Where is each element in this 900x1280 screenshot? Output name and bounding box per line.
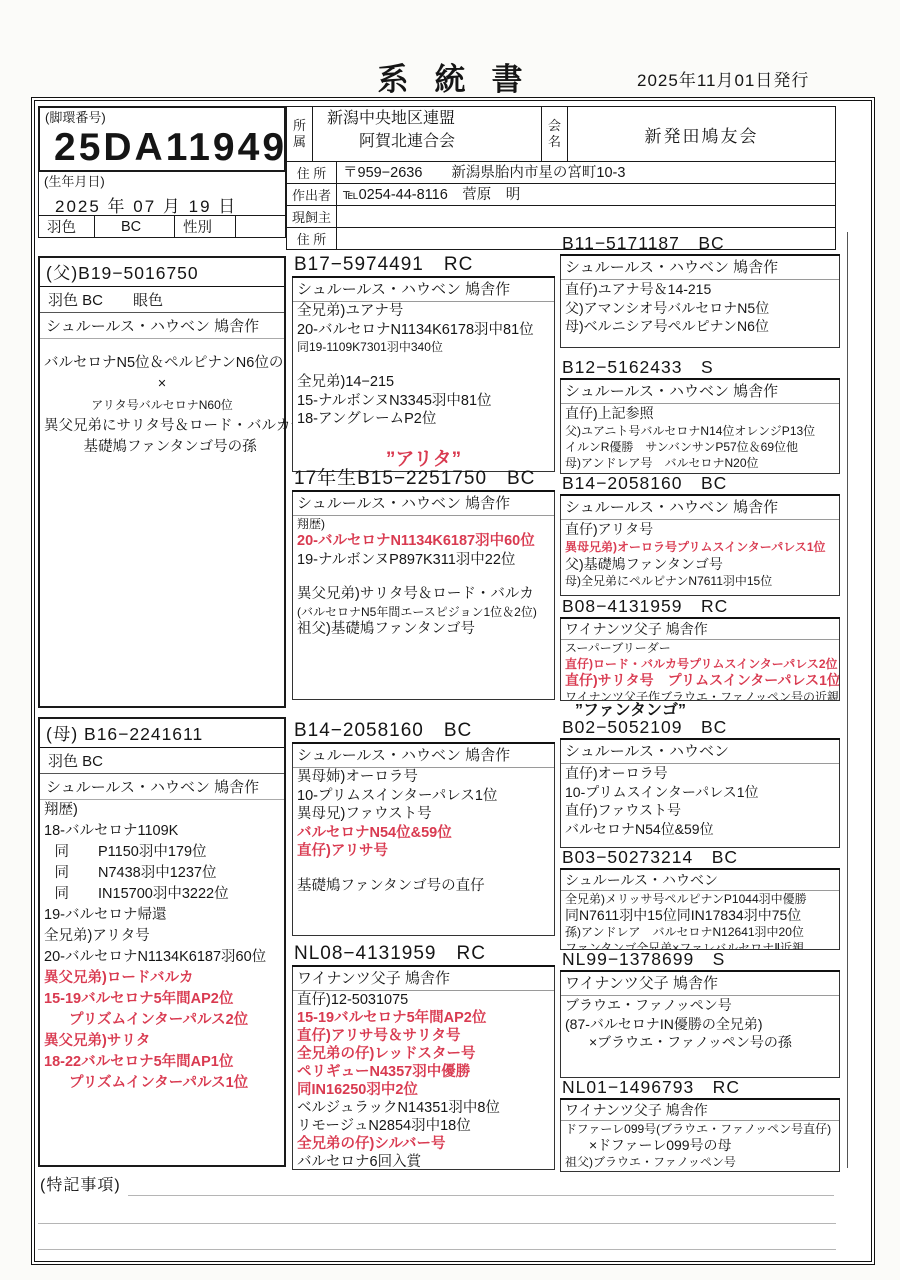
lines: 直仔)上記参照父)ユアニト号バルセロナN14位オレンジP13位イルンR優勝 サン… [561, 404, 839, 471]
pedigree-line: 20-バルセロナN1134K6187羽60位 [40, 947, 284, 968]
pedigree-line: 同IN16250羽中2位 [293, 1081, 554, 1099]
feather-color-label: 羽色 [38, 215, 95, 238]
lines: 直仔)アリタ号異母兄弟)オーロラ号プリムスインターパレス1位父)基礎鳩ファンタン… [561, 520, 839, 589]
pedigree-line: 同 IN15700羽中3222位 [40, 884, 284, 905]
pedigree-line: 父)アマンシオ号バルセロナN5位 [561, 299, 839, 318]
pedigree-line: 翔歴) [293, 516, 554, 532]
address-value: 〒959−2636 新潟県胎内市星の宮町10-3 [336, 161, 836, 184]
lines: 全兄弟)ユアナ号20-バルセロナN1134K6178羽中81位同19-1109K… [293, 302, 554, 429]
ring-number: (母) B16−2241611 [40, 719, 284, 748]
breeder-name: シュルールス・ハウベン [561, 741, 839, 764]
pedigree-line: 翔歴) [40, 800, 284, 821]
affiliation-line2: 阿賀北連合会 [313, 131, 541, 153]
sex-label: 性別 [174, 215, 236, 238]
affiliation-label-2: 属 [293, 134, 306, 150]
pedigree-line: 18-バルセロナ1109K [40, 821, 284, 842]
pedigree-line: ブラウエ・ファノッペン号 [561, 996, 839, 1015]
pedigree-line: 祖父)基礎鳩ファンタンゴ号 [293, 620, 554, 639]
breeder-name: ワイナンツ父子 鳩舎作 [561, 1101, 839, 1121]
block-ffm: B12−5162433 S シュルールス・ハウベン 鳩舎作 直仔)上記参照父)ユ… [560, 358, 840, 474]
affiliation-label-1: 所 [293, 118, 306, 134]
ring-number: B14−2058160 BC [292, 720, 555, 744]
pedigree-line: スーパーブリーダー [561, 640, 839, 656]
ring-number: NL01−1496793 RC [560, 1078, 840, 1100]
creator-label: 作出者 [286, 183, 337, 206]
club-label-1: 会 [548, 118, 561, 134]
pedigree-line: バルセロナ6回入賞 [293, 1153, 554, 1170]
ring-number: B02−5052109 BC [560, 718, 840, 740]
pedigree-line: ×ブラウエ・ファノッペン号の孫 [561, 1033, 839, 1052]
pedigree-line: 直仔)ユアナ号＆14-215 [561, 280, 839, 299]
pedigree-line: 孫)アンドレア バルセロナN12641羽中20位 [561, 924, 839, 940]
block-mmf: NL99−1378699 S ワイナンツ父子 鳩舎作 ブラウエ・ファノッペン号(… [560, 950, 840, 1078]
block-mother-father: B14−2058160 BC シュルールス・ハウベン 鳩舎作 異母姉)オーロラ号… [292, 720, 555, 936]
notes-line [38, 1249, 836, 1250]
pedigree-line: 祖父)ブラウエ・ファノッペン号 [561, 1154, 839, 1170]
ring-number-value: 25DA11949 [40, 127, 284, 169]
feather-color-value: BC [94, 215, 175, 238]
ring-number: B03−50273214 BC [560, 848, 840, 870]
pedigree-line: 全兄弟)ユアナ号 [293, 302, 554, 321]
pedigree-line: バルセロナN5位＆ペルピナンN6位の [40, 353, 284, 374]
pedigree-line: アリタ号バルセロナN60位 [40, 395, 284, 416]
nickname-arita: ”アリタ” [292, 444, 555, 471]
pedigree-line: バルセロナN54位&59位 [293, 824, 554, 843]
lines: 直仔)12-503107515-19バルセロナ5年間AP2位直仔)アリサ号＆サリ… [293, 991, 554, 1170]
lines: 異母姉)オーロラ号10-プリムスインターパレス1位異母兄)ファウスト号バルセロナ… [293, 768, 554, 895]
birth-date-value: 2025 年 07 月 19 日 [39, 191, 285, 216]
birth-date-label: (生年月日) [39, 172, 285, 191]
pedigree-line: 同N7611羽中15位同IN17834羽中75位 [561, 907, 839, 924]
pedigree-line: 直仔)アリサ号 [293, 842, 554, 861]
ring-number: B14−2058160 BC [560, 474, 840, 496]
pedigree-line: 20-バルセロナN1134K6187羽中60位 [293, 532, 554, 551]
breeder-name: シュルールス・ハウベン 鳩舎作 [293, 745, 554, 768]
club-name: 新発田鳩友会 [567, 106, 836, 162]
pedigree-line: 異父兄弟にサリタ号＆ロード・バルカ号 [40, 416, 284, 437]
ring-number: NL08−4131959 RC [292, 943, 555, 967]
pedigree-line: 異父兄弟)サリタ [40, 1031, 284, 1052]
ring-number: B17−5974491 RC [292, 254, 555, 278]
pedigree-line: 直仔)サリタ号 プリムスインターパレス1位 [561, 672, 839, 689]
breeder-name: シュルールス・ハウベン 鳩舎作 [40, 774, 284, 800]
pedigree-line: 母)ベルニシア号ペルピナンN6位 [561, 317, 839, 336]
lines: ブラウエ・ファノッペン号(87-バルセロナIN優勝の全兄弟)×ブラウエ・ファノッ… [561, 996, 839, 1052]
ring-number: NL99−1378699 S [560, 950, 840, 972]
pedigree-line: (87-バルセロナIN優勝の全兄弟) [561, 1015, 839, 1034]
breeder-name: シュルールス・ハウベン 鳩舎作 [293, 279, 554, 302]
pedigree-line: 19-ナルボンヌP897K311羽中22位 [293, 551, 554, 570]
ring-number: B08−4131959 RC [560, 597, 840, 619]
owner-value [336, 205, 836, 228]
breeder-name: ワイナンツ父子 鳩舎作 [293, 968, 554, 991]
lines: 翔歴)18-バルセロナ1109K同 P1150羽中179位同 N7438羽中12… [40, 800, 284, 1094]
pedigree-line: 全兄弟の仔)シルバー号 [293, 1135, 554, 1153]
creator-value: ℡0254-44-8116 菅原 明 [336, 183, 836, 206]
lines: バルセロナN5位＆ペルピナンN6位の×アリタ号バルセロナN60位異父兄弟にサリタ… [40, 339, 284, 458]
issue-date: 2025年11月01日発行 [637, 66, 809, 91]
breeder-name: シュルールス・ハウベン 鳩舎作 [561, 257, 839, 280]
pedigree-line: ドファーレ099号(ブラウエ・ファノッペン号直仔) [561, 1121, 839, 1137]
pedigree-line: プリズムインターパルス1位 [40, 1073, 284, 1094]
breeder-name: ワイナンツ父子 鳩舎作 [561, 973, 839, 996]
pedigree-line: 異父兄弟)サリタ号＆ロード・バルカ [293, 585, 554, 604]
lines: ドファーレ099号(ブラウエ・ファノッペン号直仔)×ドファーレ099号の母祖父)… [561, 1121, 839, 1172]
pedigree-line: (バルセロナN5年間エースピジョン1位＆2位) [293, 604, 554, 620]
pedigree-line: 19-バルセロナ帰還 [40, 905, 284, 926]
pedigree-line: プリズムインターパルス2位 [40, 1010, 284, 1031]
block-mmm: NL01−1496793 RC ワイナンツ父子 鳩舎作 ドファーレ099号(ブラ… [560, 1078, 840, 1172]
block-father-mother: 17年生B15−2251750 BC シュルールス・ハウベン 鳩舎作 翔歴)20… [292, 468, 555, 700]
right-margin-line [847, 232, 848, 1168]
pedigree-line: 直仔)オーロラ号 [561, 764, 839, 783]
pedigree-line: 直仔)アリサ号＆サリタ号 [293, 1027, 554, 1045]
pedigree-line: 20-バルセロナN1134K6178羽中81位 [293, 321, 554, 340]
pedigree-line: ベルジュラックN14351羽中8位 [293, 1099, 554, 1117]
ring-number: B12−5162433 S [560, 358, 840, 380]
sex-value [235, 215, 286, 238]
notes-line [128, 1195, 834, 1196]
pedigree-line: 10-プリムスインターパレス1位 [293, 787, 554, 806]
block-father-father: B17−5974491 RC シュルールス・ハウベン 鳩舎作 全兄弟)ユアナ号2… [292, 254, 555, 472]
pedigree-line: 基礎鳩ファンタンゴ号の孫 [40, 437, 284, 458]
pedigree-line: 全兄弟)アリタ号 [40, 926, 284, 947]
pedigree-line: 直仔)ロード・バルカ号プリムスインターパレス2位 [561, 656, 839, 672]
ring-number: 17年生B15−2251750 BC [292, 468, 555, 492]
breeder-name: ワイナンツ父子 鳩舎作 [561, 620, 839, 640]
club-label: 会 名 [541, 106, 568, 162]
block-mother-mother: NL08−4131959 RC ワイナンツ父子 鳩舎作 直仔)12-503107… [292, 943, 555, 1170]
pedigree-line: 父)ユアニト号バルセロナN14位オレンジP13位 [561, 423, 839, 439]
lines: スーパーブリーダー直仔)ロード・バルカ号プリムスインターパレス2位直仔)サリタ号… [561, 640, 839, 701]
breeder-name: シュルールス・ハウベン [561, 871, 839, 891]
pedigree-line: 全兄弟の仔)レッドスター号 [293, 1045, 554, 1063]
pedigree-line: ×ドファーレ099号の母 [561, 1137, 839, 1154]
lines: 直仔)オーロラ号10-プリムスインターパレス1位直仔)ファウスト号バルセロナN5… [561, 764, 839, 838]
pedigree-line: 直仔)ファウスト号 [561, 801, 839, 820]
pedigree-line: 15-ナルボンヌN3345羽中81位 [293, 392, 554, 411]
pedigree-line: 18-22バルセロナ5年間AP1位 [40, 1052, 284, 1073]
pedigree-line: 直仔)アリタ号 [561, 520, 839, 539]
pedigree-line: 15-19バルセロナ5年間AP2位 [40, 989, 284, 1010]
affiliation-line1: 新潟中央地区連盟 [313, 107, 541, 131]
block-mother: (母) B16−2241611 羽色 BC シュルールス・ハウベン 鳩舎作 翔歴… [38, 717, 286, 1167]
block-father: (父)B19−5016750 羽色 BC 眼色 シュルールス・ハウベン 鳩舎作 … [38, 256, 286, 708]
breeder-name: シュルールス・ハウベン 鳩舎作 [293, 493, 554, 516]
feather-eye-row: 羽色 BC 眼色 [40, 287, 284, 313]
pedigree-line: 直仔)上記参照 [561, 404, 839, 423]
block-mff: B02−5052109 BC シュルールス・ハウベン 直仔)オーロラ号10-プリ… [560, 718, 840, 848]
pedigree-line: (87-バルセロナIN優勝の全兄弟) [561, 1170, 839, 1172]
notes-line [38, 1223, 836, 1224]
feather-row: 羽色 BC [40, 748, 284, 774]
pedigree-line: 同19-1109K7301羽中340位 [293, 339, 554, 355]
pedigree-line: 15-19バルセロナ5年間AP2位 [293, 1009, 554, 1027]
breeder-name: シュルールス・ハウベン 鳩舎作 [561, 497, 839, 520]
pedigree-line: 同 N7438羽中1237位 [40, 863, 284, 884]
pedigree-line: 異母兄)ファウスト号 [293, 805, 554, 824]
ring-number: B11−5171187 BC [560, 234, 840, 256]
lines: 直仔)ユアナ号＆14-215父)アマンシオ号バルセロナN5位母)ベルニシア号ペル… [561, 280, 839, 336]
pedigree-line: × [40, 374, 284, 395]
breeder-name: シュルールス・ハウベン 鳩舎作 [561, 381, 839, 404]
birth-date-box: (生年月日) 2025 年 07 月 19 日 [38, 171, 286, 216]
ring-number: (父)B19−5016750 [40, 258, 284, 287]
pedigree-line: 同 P1150羽中179位 [40, 842, 284, 863]
pedigree-line: 全兄弟)14−215 [293, 373, 554, 392]
club-label-2: 名 [548, 134, 561, 150]
owner-label: 現飼主 [286, 205, 337, 228]
breeder-name: シュルールス・ハウベン 鳩舎作 [40, 313, 284, 339]
pedigree-line: 基礎鳩ファンタンゴ号の直仔 [293, 877, 554, 896]
affiliation-label: 所 属 [286, 106, 313, 162]
pedigree-line: 異母姉)オーロラ号 [293, 768, 554, 787]
block-fmf: B14−2058160 BC シュルールス・ハウベン 鳩舎作 直仔)アリタ号異母… [560, 474, 840, 596]
lines: 全兄弟)メリッサ号ペルピナンP1044羽中優勝同N7611羽中15位同IN178… [561, 891, 839, 950]
pedigree-line: 母)アンドレア号 バルセロナN20位 [561, 455, 839, 471]
pedigree-line: 異父兄弟)ロードバルカ [40, 968, 284, 989]
pedigree-line: 全兄弟)メリッサ号ペルピナンP1044羽中優勝 [561, 891, 839, 907]
pedigree-line: イルンR優勝 サンバンサンP57位＆69位他 [561, 439, 839, 455]
notes-label: (特記事項) [40, 1172, 121, 1195]
ring-number-label: (脚環番号) [40, 108, 284, 127]
pedigree-line: 異母兄弟)オーロラ号プリムスインターパレス1位 [561, 539, 839, 555]
block-fff: B11−5171187 BC シュルールス・ハウベン 鳩舎作 直仔)ユアナ号＆1… [560, 234, 840, 348]
affiliation-value: 新潟中央地区連盟 阿賀北連合会 [312, 106, 542, 162]
lines: 翔歴)20-バルセロナN1134K6187羽中60位19-ナルボンヌP897K3… [293, 516, 554, 638]
block-mfm: B03−50273214 BC シュルールス・ハウベン 全兄弟)メリッサ号ペルピ… [560, 848, 840, 950]
pedigree-line: 18-アングレームP2位 [293, 410, 554, 429]
address-label: 住 所 [286, 161, 337, 184]
pedigree-line: ペリギューN4357羽中優勝 [293, 1063, 554, 1081]
block-fmm: B08−4131959 RC ワイナンツ父子 鳩舎作 スーパーブリーダー直仔)ロ… [560, 597, 840, 701]
pedigree-line: リモージュN2854羽中18位 [293, 1117, 554, 1135]
pedigree-line: 10-プリムスインターパレス1位 [561, 783, 839, 802]
pedigree-line: 父)基礎鳩ファンタンゴ号 [561, 555, 839, 574]
pedigree-line: バルセロナN54位&59位 [561, 820, 839, 839]
address2-label: 住 所 [286, 227, 337, 250]
ring-number-box: (脚環番号) 25DA11949 [38, 106, 286, 172]
pedigree-line: 直仔)12-5031075 [293, 991, 554, 1009]
pedigree-line: 母)全兄弟にペルピナンN7611羽中15位 [561, 573, 839, 589]
